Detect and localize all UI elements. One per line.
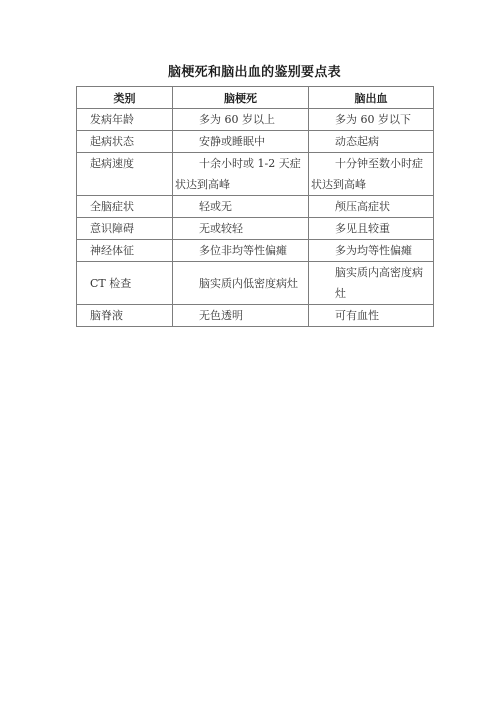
- table-row: 脑脊液 无色透明 可有血性: [77, 305, 434, 327]
- column-header-infarction: 脑梗死: [173, 87, 309, 109]
- row-category: 起病速度: [77, 153, 173, 196]
- infarction-cell: 多为 60 岁以上: [173, 109, 309, 131]
- infarction-cell: 安静或睡眠中: [173, 131, 309, 153]
- infarction-cell: 脑实质内低密度病灶: [173, 262, 309, 305]
- hemorrhage-cell: 多为 60 岁以下: [309, 109, 434, 131]
- row-category: CT 检查: [77, 262, 173, 305]
- infarction-cell: 多位非均等性偏瘫: [173, 240, 309, 262]
- infarction-cell: 无色透明: [173, 305, 309, 327]
- page-title: 脑梗死和脑出血的鉴别要点表: [0, 64, 500, 82]
- table-row: 起病状态 安静或睡眠中 动态起病: [77, 131, 434, 153]
- differential-diagnosis-table: 类别 脑梗死 脑出血 发病年龄 多为 60 岁以上 多为 60 岁以下 起病状态…: [76, 86, 434, 327]
- row-category: 发病年龄: [77, 109, 173, 131]
- hemorrhage-cell: 十分钟至数小时症状达到高峰: [309, 153, 434, 196]
- hemorrhage-cell: 可有血性: [309, 305, 434, 327]
- hemorrhage-cell: 颅压高症状: [309, 196, 434, 218]
- table-row: 神经体征 多位非均等性偏瘫 多为均等性偏瘫: [77, 240, 434, 262]
- row-category: 脑脊液: [77, 305, 173, 327]
- table-header-row: 类别 脑梗死 脑出血: [77, 87, 434, 109]
- table-row: CT 检查 脑实质内低密度病灶 脑实质内高密度病灶: [77, 262, 434, 305]
- row-category: 起病状态: [77, 131, 173, 153]
- hemorrhage-cell: 多见且较重: [309, 218, 434, 240]
- table-row: 全脑症状 轻或无 颅压高症状: [77, 196, 434, 218]
- row-category: 意识障碍: [77, 218, 173, 240]
- row-category: 全脑症状: [77, 196, 173, 218]
- table-row: 发病年龄 多为 60 岁以上 多为 60 岁以下: [77, 109, 434, 131]
- infarction-cell: 十余小时或 1-2 天症状达到高峰: [173, 153, 309, 196]
- hemorrhage-cell: 脑实质内高密度病灶: [309, 262, 434, 305]
- hemorrhage-cell: 多为均等性偏瘫: [309, 240, 434, 262]
- row-category: 神经体征: [77, 240, 173, 262]
- infarction-cell: 无或较轻: [173, 218, 309, 240]
- table-row: 起病速度 十余小时或 1-2 天症状达到高峰 十分钟至数小时症状达到高峰: [77, 153, 434, 196]
- table-row: 意识障碍 无或较轻 多见且较重: [77, 218, 434, 240]
- hemorrhage-cell: 动态起病: [309, 131, 434, 153]
- column-header-category: 类别: [77, 87, 173, 109]
- infarction-cell: 轻或无: [173, 196, 309, 218]
- column-header-hemorrhage: 脑出血: [309, 87, 434, 109]
